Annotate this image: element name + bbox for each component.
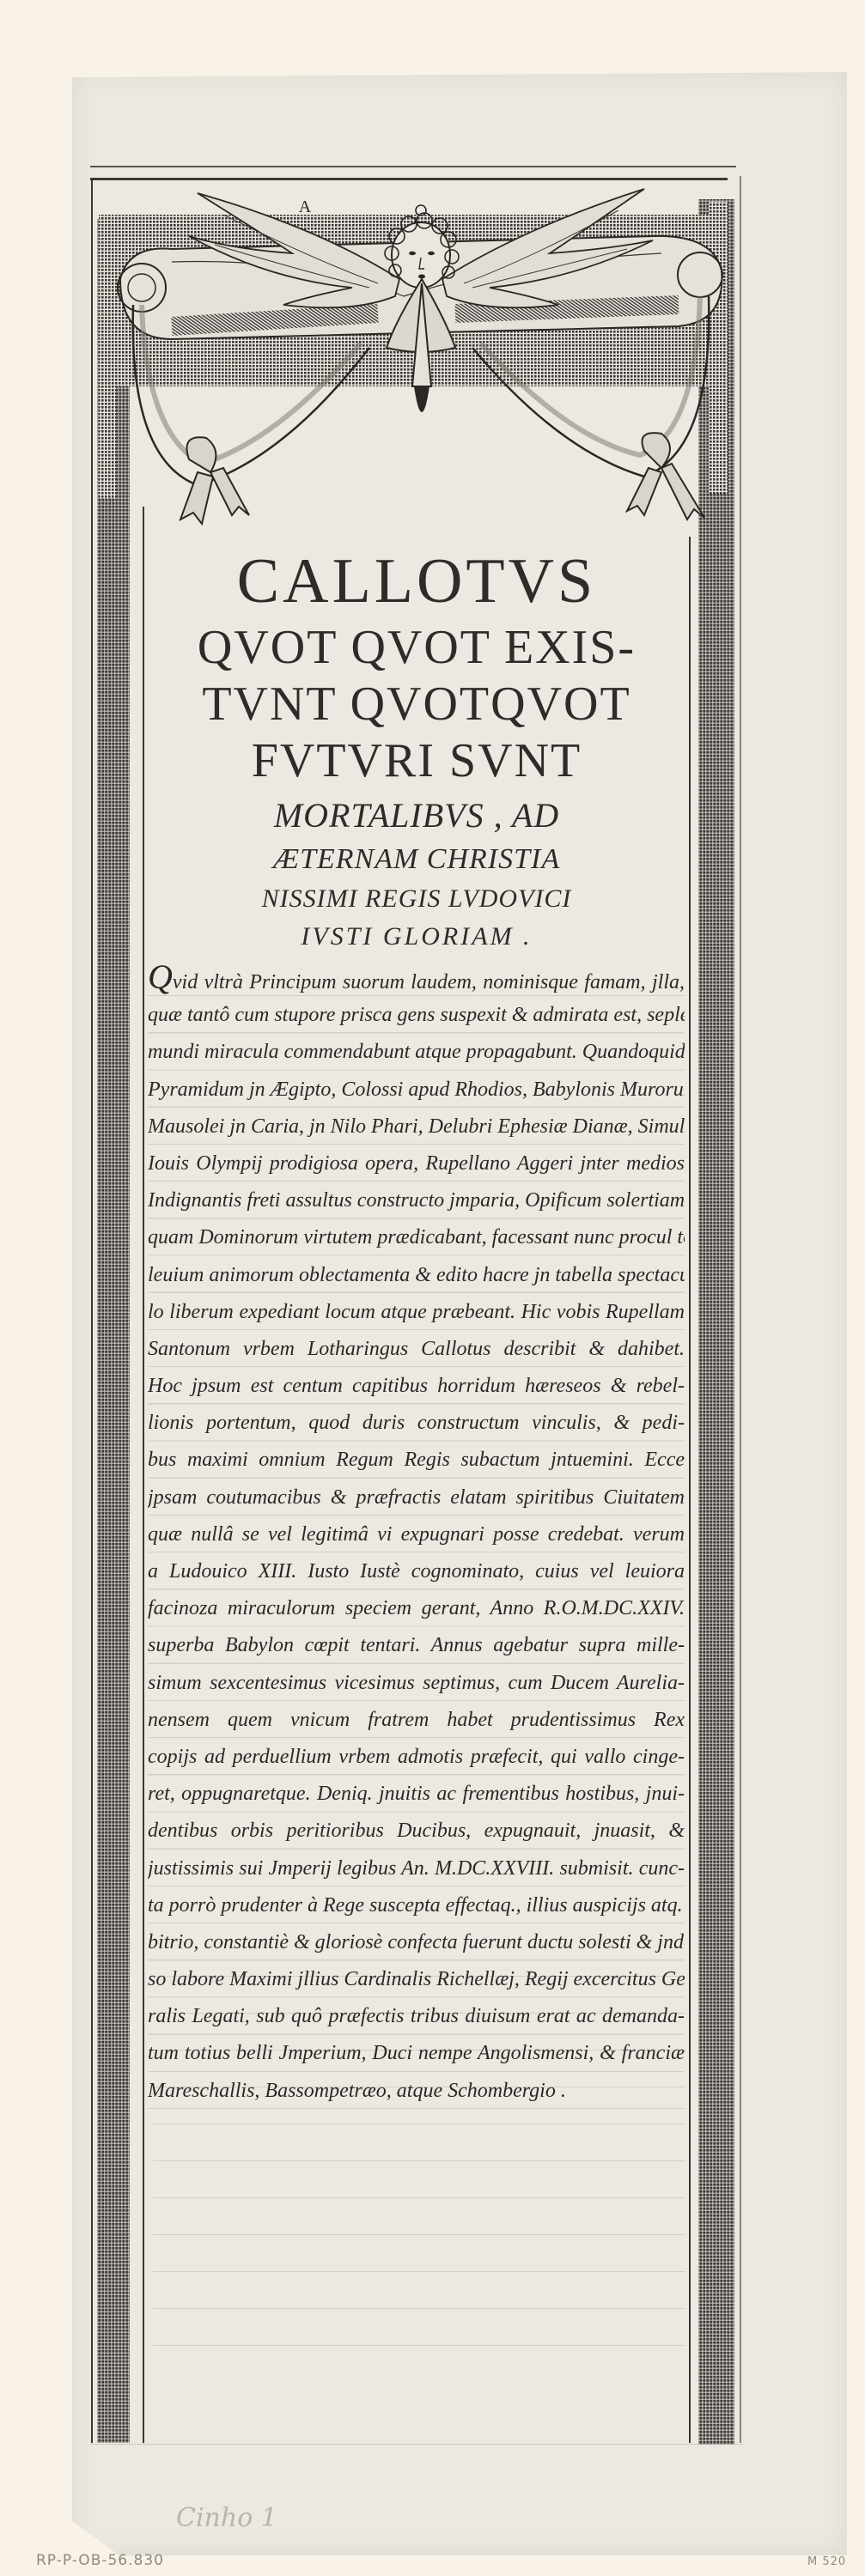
text-line: mundi miracula commendabunt atque propag…	[148, 1034, 685, 1071]
text-line: lionis portentum, quod duris constructum…	[148, 1405, 685, 1442]
catalogue-mark: M 520	[807, 2555, 846, 2568]
text-line: Santonum vrbem Lotharingus Callotus desc…	[148, 1331, 685, 1368]
text-line: quam Dominorum virtutem prædicabant, fac…	[148, 1219, 685, 1256]
drop-cap: Q	[148, 960, 173, 996]
text-line: jpsam coutumacibus & præfractis elatam s…	[148, 1479, 685, 1516]
subtitle-line: MORTALIBVS , AD	[146, 799, 687, 833]
hatched-column-left	[97, 219, 130, 2443]
ruled-guide-lines	[153, 1945, 685, 2348]
text-line: simum sexcentesimus vicesimus septimus, …	[148, 1665, 685, 1702]
text-line: nensem quem vnicum fratrem habet prudent…	[148, 1702, 685, 1739]
title-line: FVTVRI SVNT	[146, 737, 687, 785]
frame-line-right-inner	[689, 515, 691, 2443]
text-line: Pyramidum jn Ægipto, Colossi apud Rhodio…	[148, 1072, 685, 1109]
text-line: Mausolei jn Caria, jn Nilo Phari, Delubr…	[148, 1109, 685, 1145]
title-line: QVOT QVOT EXIS-	[146, 623, 687, 671]
text-line: Indignantis freti assultus constructo jm…	[148, 1182, 685, 1219]
plate-mark-bottom	[90, 2444, 743, 2445]
text-line: bus maximi omnium Regum Regis subactum j…	[148, 1442, 685, 1479]
text-line: vid vltrà Principum suorum laudem, nomin…	[173, 971, 685, 993]
title-line: TVNT QVOTQVOT	[146, 680, 687, 728]
frame-line-right-outer	[740, 176, 741, 2443]
plate-border-top	[90, 166, 736, 167]
subtitle-line: IVSTI GLORIAM .	[146, 924, 687, 950]
text-line: ret, oppugnaretque. Deniq. jnuitis ac fr…	[148, 1776, 685, 1813]
cherub-ornament	[94, 176, 739, 537]
title-block: CALLOTVS QVOT QVOT EXIS- TVNT QVOTQVOT F…	[146, 550, 687, 950]
text-line: ta porrò prudenter à Rege suscepta effec…	[148, 1887, 685, 1924]
text-line: a Ludouico XIII. Iusto Iustè cognominato…	[148, 1553, 685, 1590]
text-line: quæ tantô cum stupore prisca gens suspex…	[148, 997, 685, 1034]
text-line: facinoza miraculorum speciem gerant, Ann…	[148, 1590, 685, 1627]
text-line: justissimis sui Jmperij legibus An. M.DC…	[148, 1850, 685, 1887]
inventory-number: RP-P-OB-56.830	[36, 2552, 164, 2569]
frame-line-left-outer	[91, 180, 93, 2443]
text-line: Iouis Olympij prodigiosa opera, Rupellan…	[148, 1145, 685, 1182]
latin-inscription: Qvid vltrà Principum suorum laudem, nomi…	[148, 960, 685, 2110]
pencil-signature: Cinho 1	[176, 2503, 277, 2533]
subtitle-line: NISSIMI REGIS LVDOVICI	[146, 886, 687, 912]
text-line: lo liberum expediant locum atque præbean…	[148, 1294, 685, 1331]
text-line: Hoc jpsum est centum capitibus horridum …	[148, 1368, 685, 1405]
plate-letter: A	[292, 197, 318, 217]
title-line: CALLOTVS	[146, 550, 687, 613]
text-line: superba Babylon cœpit tentari. Annus age…	[148, 1627, 685, 1664]
frame-line-left-inner	[143, 507, 144, 2443]
winged-cherub-with-drapery-icon	[94, 176, 739, 537]
text-line: quæ nullâ se vel legitimâ vi expugnari p…	[148, 1516, 685, 1553]
text-line: dentibus orbis peritioribus Ducibus, exp…	[148, 1813, 685, 1850]
text-line: leuium animorum oblectamenta & edito hac…	[148, 1257, 685, 1294]
subtitle-line: ÆTERNAM CHRISTIA	[146, 845, 687, 874]
text-line: copijs ad perduellium vrbem admotis præf…	[148, 1739, 685, 1776]
